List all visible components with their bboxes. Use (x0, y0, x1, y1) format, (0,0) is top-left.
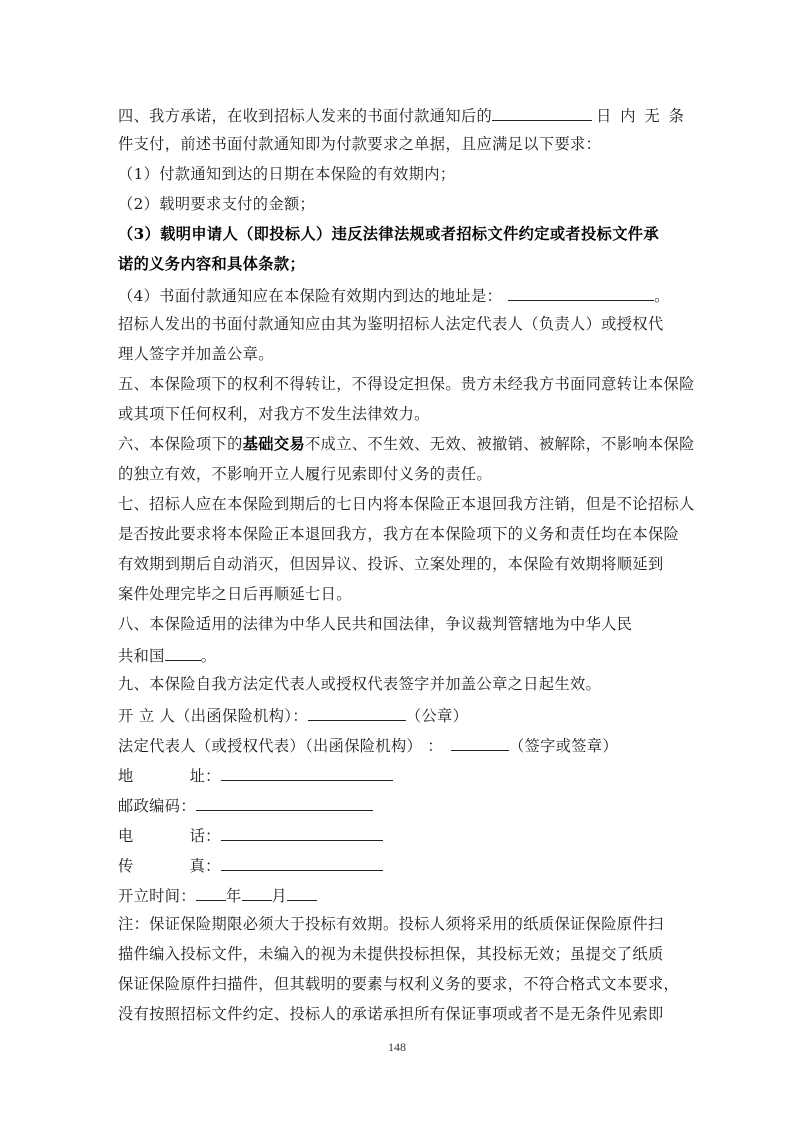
representative-suffix: （签字或签章） (509, 737, 618, 755)
year-label: 年 (226, 887, 242, 905)
requirement-4: （4）书面付款通知应在本保险有效期内到达的地址是：。 (118, 284, 670, 306)
clause4-text: 四、我方承诺，在收到招标人发来的书面付款通知后的 (118, 107, 492, 125)
jurisdiction-blank-field[interactable] (165, 644, 201, 661)
month-label: 月 (272, 887, 288, 905)
issuer-suffix: （公章） (406, 707, 468, 725)
representative-label: 法定代表人（或授权代表）（出函保险机构） ： (118, 737, 443, 755)
note-line2: 描件编入投标文件，未编入的视为未提供投标担保，其投标无效；虽提交了纸质 (118, 944, 664, 964)
clause7-line1: 七、招标人应在本保险到期后的七日内将本保险正本退回我方注销，但是不论招标人 (118, 494, 695, 514)
requirement-2: （2）载明要求支付的金额； (118, 194, 315, 214)
address-field[interactable] (221, 764, 393, 781)
issuer-row: 开 立 人（出函保险机构）：（公章） (118, 704, 468, 726)
day-field[interactable] (287, 884, 317, 901)
requirement-4-end: 。 (654, 287, 670, 305)
clause8-text: 共和国 (118, 647, 165, 665)
address-label-a: 地 (118, 767, 134, 785)
page-number: 148 (0, 1040, 794, 1055)
fax-label-b: 真： (190, 857, 221, 875)
clause7-line3: 有效期到期后自动消灭，但因异议、投诉、立案处理的，本保险有效期将顺延到 (118, 554, 664, 574)
clause8-end: 。 (201, 647, 217, 665)
month-field[interactable] (242, 884, 272, 901)
clause5-line2: 或其项下任何权利，对我方不发生法律效力。 (118, 404, 430, 424)
representative-blank-field[interactable] (451, 734, 509, 751)
note-line4: 没有按照招标文件约定、投标人的承诺承担所有保证事项或者不是无条件见索即 (118, 1004, 664, 1024)
clause6-text-after: 不成立、不生效、无效、被撤销、被解除，不影响本保险 (305, 435, 695, 453)
phone-label-b: 话： (190, 827, 221, 845)
signature-requirement-line2: 理人签字并加盖公章。 (118, 344, 274, 364)
clause8-line1: 八、本保险适用的法律为中华人民共和国法律，争议裁判管辖地为中华人民 (118, 614, 632, 634)
clause6-text-before: 六、本保险项下的 (118, 435, 243, 453)
clause4-line1: 四、我方承诺，在收到招标人发来的书面付款通知后的日内无条 (118, 104, 693, 126)
address-label-b: 址： (190, 767, 221, 785)
clause6-line2: 的独立有效，不影响开立人履行见索即付义务的责任。 (118, 464, 492, 484)
issuer-label: 开 立 人（出函保险机构）： (118, 707, 308, 725)
issuer-blank-field[interactable] (308, 704, 406, 721)
fax-row: 传真： (118, 854, 383, 876)
clause8-line2: 共和国。 (118, 644, 216, 666)
requirement-3-prefix: （3） (118, 225, 160, 243)
year-field[interactable] (196, 884, 226, 901)
phone-label-a: 电 (118, 827, 134, 845)
postcode-row: 邮政编码： (118, 794, 373, 816)
fax-label-a: 传 (118, 857, 134, 875)
clause7-line2: 是否按此要求将本保险正本退回我方，我方在本保险项下的义务和责任均在本保险 (118, 524, 679, 544)
phone-row: 电话： (118, 824, 383, 846)
clause5-line1: 五、本保险项下的权利不得转让，不得设定担保。贵方未经我方书面同意转让本保险 (118, 374, 695, 394)
note-line3: 保证保险原件扫描件，但其载明的要素与权利义务的要求，不符合格式文本要求， (118, 974, 679, 994)
clause9-line1: 九、本保险自我方法定代表人或授权代表签字并加盖公章之日起生效。 (118, 674, 601, 694)
note-line1: 注：保证保险期限必须大于投标有效期。投标人须将采用的纸质保证保险原件扫 (118, 914, 664, 934)
postcode-field[interactable] (196, 794, 373, 811)
fax-field[interactable] (221, 854, 383, 871)
clause4-text-after: 日内无条 (596, 107, 693, 125)
date-label: 开立时间： (118, 887, 196, 905)
representative-row: 法定代表人（或授权代表）（出函保险机构） ：（签字或签章） (118, 734, 618, 756)
phone-field[interactable] (221, 824, 383, 841)
postcode-label: 邮政编码： (118, 797, 196, 815)
requirement-3-text: 载明申请人（即投标人）违反法律法规或者招标文件约定或者投标文件承 (160, 225, 659, 243)
address-blank-field[interactable] (508, 284, 654, 301)
clause6-line1: 六、本保险项下的基础交易不成立、不生效、无效、被撤销、被解除，不影响本保险 (118, 434, 695, 454)
address-row: 地址： (118, 764, 393, 786)
clause4-line2: 件支付，前述书面付款通知即为付款要求之单据，且应满足以下要求： (118, 134, 601, 154)
clause7-line4: 案件处理完毕之日后再顺延七日。 (118, 584, 352, 604)
requirement-1: （1）付款通知到达的日期在本保险的有效期内； (118, 164, 455, 184)
date-row: 开立时间：年月 (118, 884, 317, 906)
requirement-3-line2: 诺的义务内容和具体条款； (118, 254, 305, 274)
requirement-3-line1: （3）载明申请人（即投标人）违反法律法规或者招标文件约定或者投标文件承 (118, 224, 659, 244)
clause6-bold-term: 基础交易 (243, 435, 305, 453)
signature-requirement-line1: 招标人发出的书面付款通知应由其为鉴明招标人法定代表人（负责人）或授权代 (118, 314, 664, 334)
requirement-4-text: （4）书面付款通知应在本保险有效期内到达的地址是： (118, 287, 502, 305)
days-blank-field[interactable] (492, 104, 592, 121)
